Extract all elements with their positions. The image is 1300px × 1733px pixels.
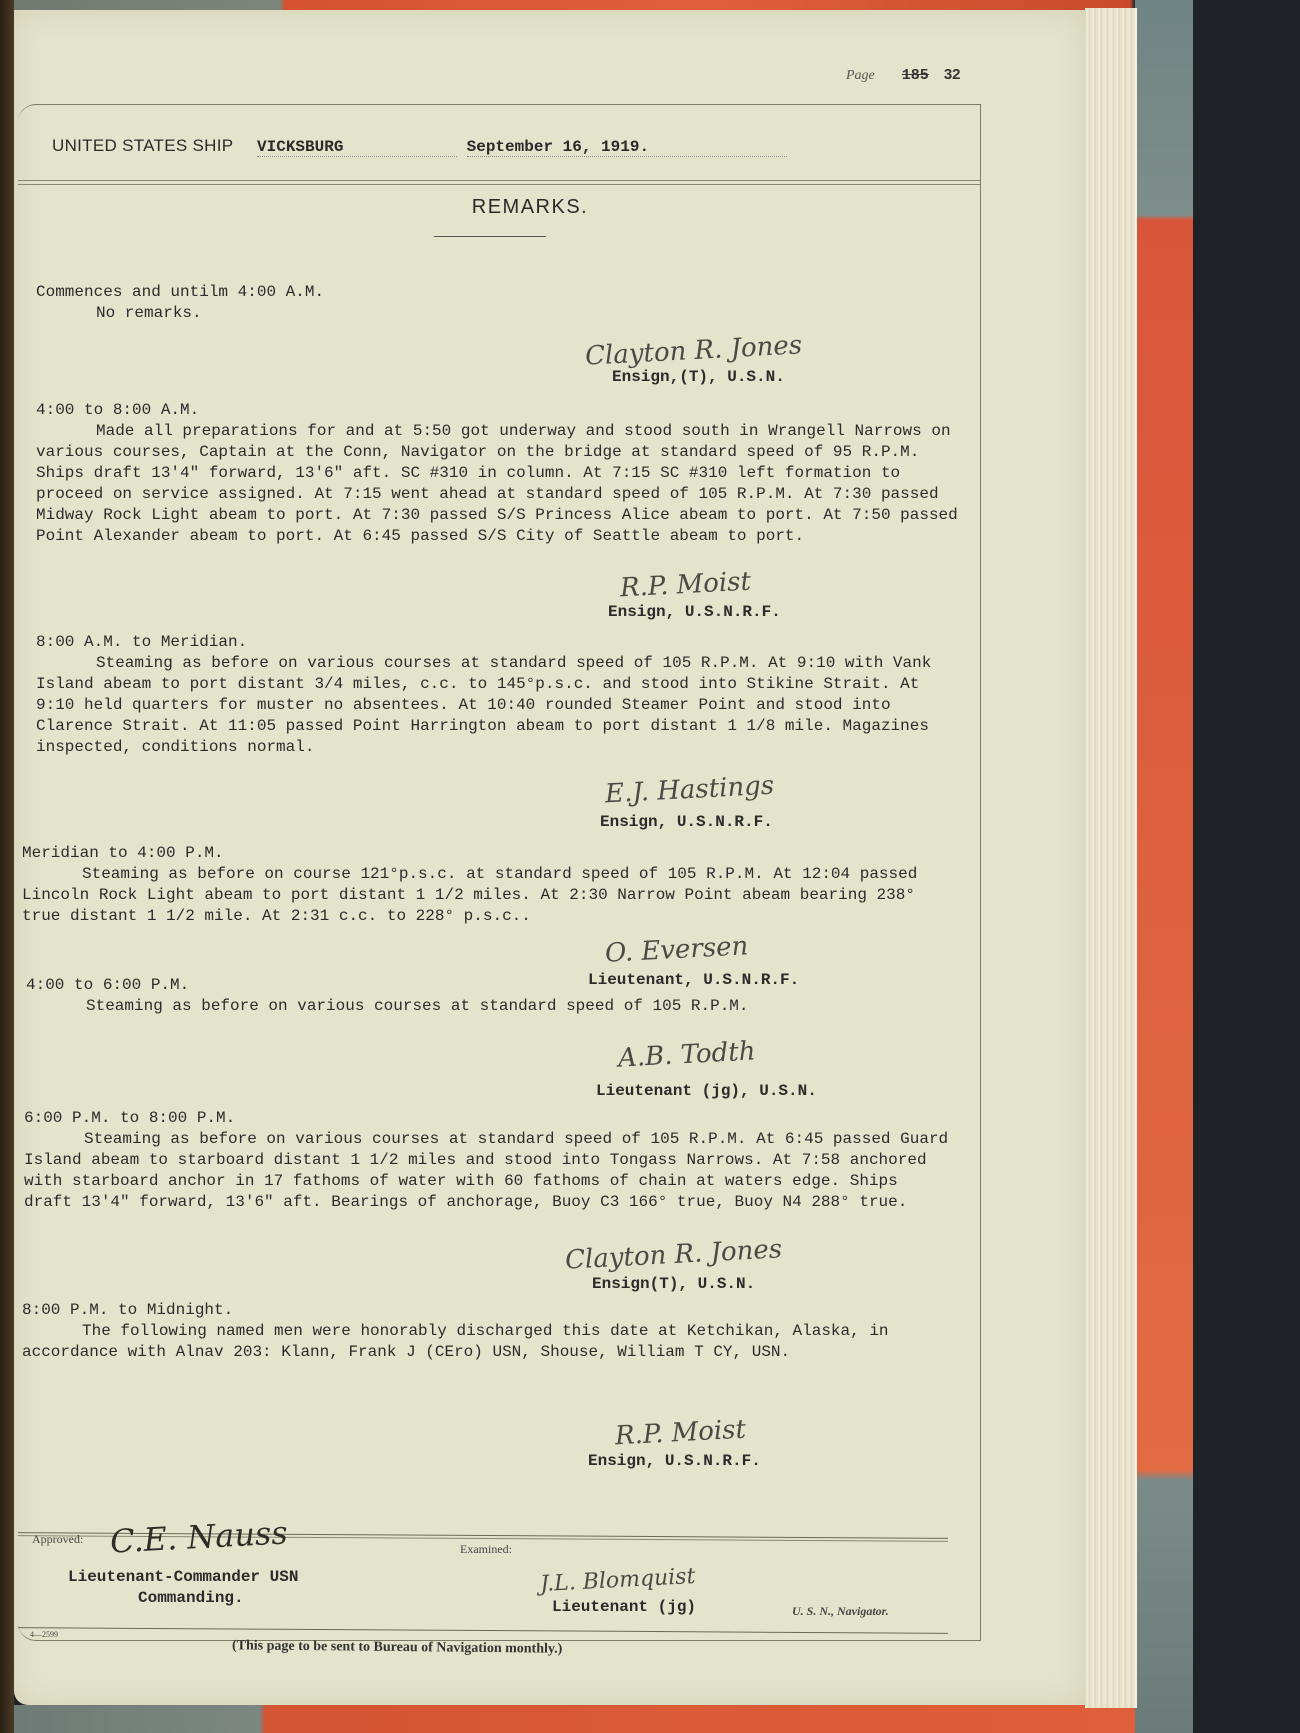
watch-officer-rank: Ensign, U.S.N.R.F. [608, 603, 781, 621]
watch-period: 8:00 A.M. to Meridian. [36, 632, 966, 653]
watch-remarks: No remarks. [36, 303, 976, 324]
watch-officer-rank: Ensign,(T), U.S.N. [612, 368, 785, 386]
watch-remarks: The following named men were honorably d… [22, 1321, 932, 1363]
watch-entry: 8:00 A.M. to Meridian. Steaming as befor… [36, 632, 966, 758]
watch-entry: 4:00 to 6:00 P.M. Steaming as before on … [26, 975, 926, 1017]
page-number: Page 185 32 [846, 66, 961, 84]
watch-period: 4:00 to 6:00 P.M. [26, 975, 926, 996]
watch-period: Commences and untilm 4:00 A.M. [36, 282, 976, 303]
navigator-suffix: U. S. N., Navigator. [792, 1604, 889, 1619]
watch-period: 6:00 P.M. to 8:00 P.M. [24, 1108, 954, 1129]
commanding-officer-rank: Lieutenant-Commander USN [68, 1568, 298, 1586]
examined-label: Examined: [460, 1542, 512, 1557]
watch-entry: Meridian to 4:00 P.M. Steaming as before… [22, 843, 922, 927]
struck-page-number: 185 [902, 67, 929, 84]
watch-remarks: Steaming as before on various courses at… [24, 1129, 954, 1213]
watch-period: 4:00 to 8:00 A.M. [36, 400, 971, 421]
current-page-number: 32 [944, 66, 961, 83]
watch-entry: Commences and untilm 4:00 A.M. No remark… [36, 282, 976, 324]
page-title: REMARKS. [0, 196, 1060, 219]
watch-entry: 6:00 P.M. to 8:00 P.M. Steaming as befor… [24, 1108, 954, 1213]
watch-period: Meridian to 4:00 P.M. [22, 843, 922, 864]
watch-entry: 4:00 to 8:00 A.M. Made all preparations … [36, 400, 971, 547]
header-divider [18, 180, 980, 185]
page-stack-edge [1085, 8, 1137, 1708]
book-spine [0, 0, 14, 1733]
watch-remarks: Made all preparations for and at 5:50 go… [36, 421, 971, 547]
footer-note: (This page to be sent to Bureau of Navig… [232, 1638, 562, 1657]
watch-period: 8:00 P.M. to Midnight. [22, 1300, 932, 1321]
book-cover-bottom-edge [0, 1705, 1135, 1733]
book-cover-right-edge [1135, 0, 1193, 1733]
watch-entry: 8:00 P.M. to Midnight. The following nam… [22, 1300, 932, 1363]
form-number: 4—2599 [30, 1630, 58, 1639]
navigator-rank: Lieutenant (jg) [552, 1598, 696, 1616]
log-date: September 16, 1919. [467, 138, 787, 157]
page-label: Page [846, 68, 875, 83]
watch-remarks: Steaming as before on course 121°p.s.c. … [22, 864, 922, 927]
watch-officer-rank: Ensign, U.S.N.R.F. [588, 1452, 761, 1470]
watch-officer-rank: Ensign(T), U.S.N. [592, 1275, 755, 1293]
commanding-officer-role: Commanding. [138, 1589, 244, 1607]
ship-label: UNITED STATES SHIP [52, 136, 233, 155]
watch-officer-rank: Ensign, U.S.N.R.F. [600, 813, 773, 831]
watch-remarks: Steaming as before on various courses at… [26, 996, 926, 1017]
watch-remarks: Steaming as before on various courses at… [36, 653, 966, 758]
approved-label: Approved: [32, 1532, 83, 1547]
ship-header: UNITED STATES SHIP VICKSBURG September 1… [52, 136, 787, 157]
ship-name: VICKSBURG [257, 138, 457, 157]
watch-officer-rank: Lieutenant (jg), U.S.N. [596, 1082, 817, 1100]
title-underline [434, 236, 546, 237]
